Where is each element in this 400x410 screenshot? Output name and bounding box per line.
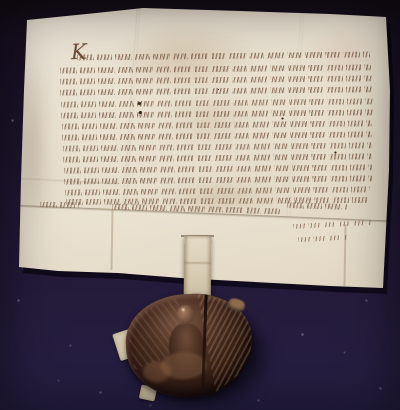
- dust-speckles: [0, 0, 1, 1]
- charter-photograph: K: [0, 0, 400, 410]
- chancery-note-line: [293, 220, 371, 229]
- chancery-note-line: [298, 235, 348, 242]
- seal-tag-strip: [184, 236, 212, 301]
- seal-seated-figure-head: [177, 305, 195, 325]
- seal-wax-highlight-patch: [143, 361, 172, 383]
